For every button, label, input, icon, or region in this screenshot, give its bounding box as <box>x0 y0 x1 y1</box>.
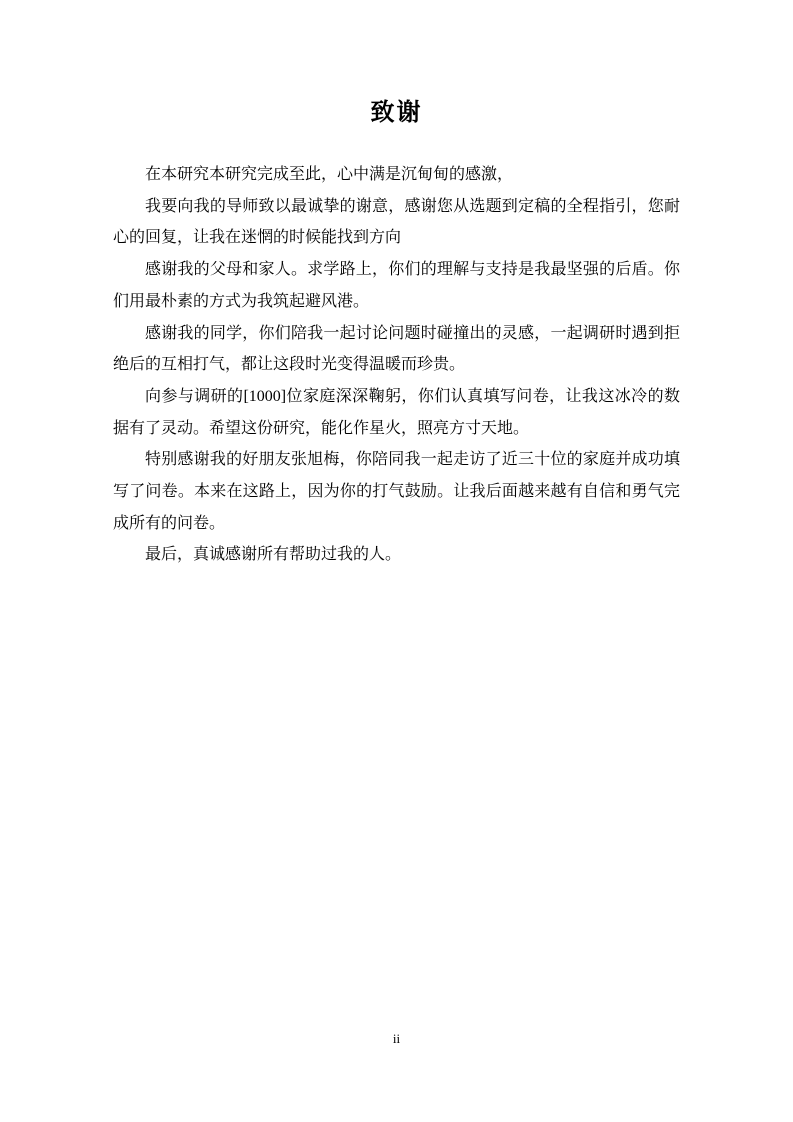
paragraph-classmates-thanks: 感谢我的同学，你们陪我一起讨论问题时碰撞出的灵感，一起调研时遇到拒绝后的互相打气… <box>113 318 680 381</box>
paragraph-advisor-thanks: 我要向我的导师致以最诚挚的谢意，感谢您从选题到定稿的全程指引，您耐心的回复，让我… <box>113 191 680 254</box>
document-page: 致谢 在本研究本研究完成至此，心中满是沉甸甸的感激， 我要向我的导师致以最诚挚的… <box>0 0 793 1122</box>
paragraph-family-thanks: 感谢我的父母和家人。求学路上，你们的理解与支持是我最坚强的后盾。你们用最朴素的方… <box>113 254 680 317</box>
acknowledgements-body: 在本研究本研究完成至此，心中满是沉甸甸的感激， 我要向我的导师致以最诚挚的谢意，… <box>113 159 680 571</box>
paragraph-friend-thanks: 特别感谢我的好朋友张旭梅，你陪同我一起走访了近三十位的家庭并成功填写了问卷。本来… <box>113 444 680 539</box>
paragraph-survey-families-thanks: 向参与调研的[1000]位家庭深深鞠躬，你们认真填写问卷，让我这冰冷的数据有了灵… <box>113 381 680 444</box>
paragraph-closing: 最后，真诚感谢所有帮助过我的人。 <box>113 539 680 571</box>
paragraph-intro: 在本研究本研究完成至此，心中满是沉甸甸的感激， <box>113 159 680 191</box>
page-title: 致谢 <box>0 0 793 130</box>
page-number: ii <box>0 1030 793 1048</box>
